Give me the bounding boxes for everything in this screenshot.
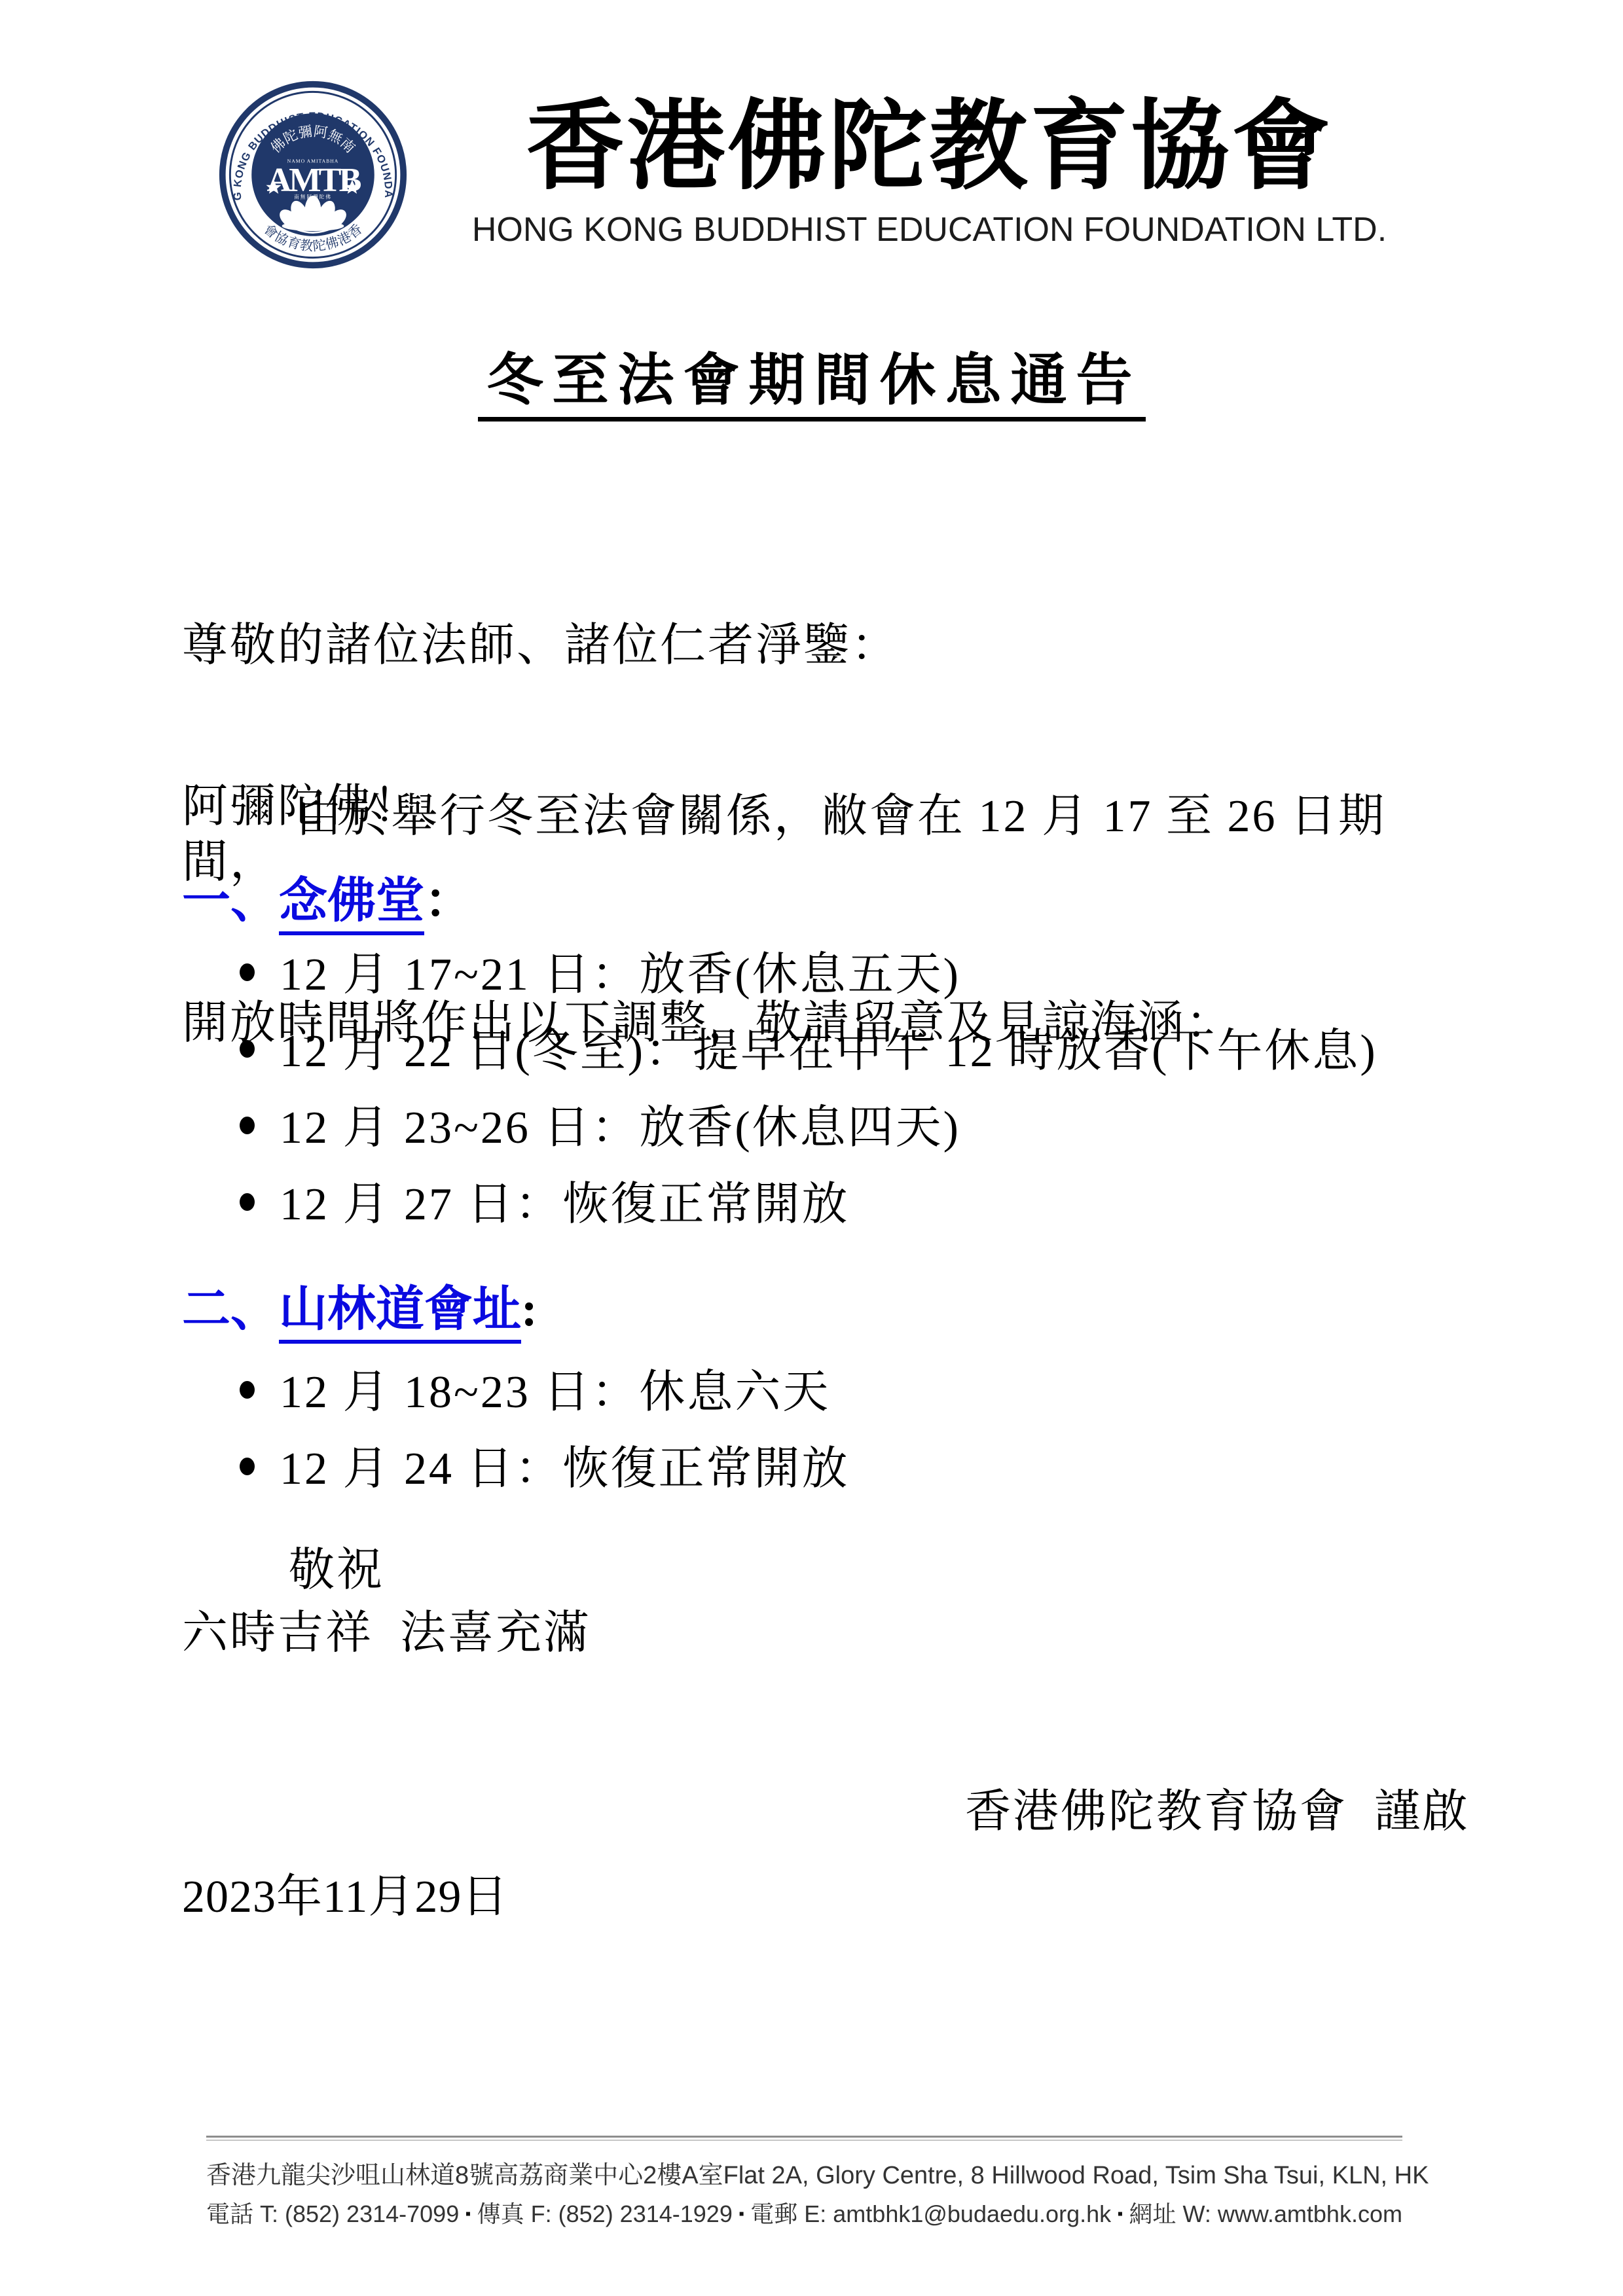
- square-separator-icon: ▪: [736, 2200, 747, 2228]
- footer-fax: 傳真 F: (852) 2314-1929: [477, 2200, 733, 2228]
- closing-blessing: 六時吉祥 法喜充滿: [182, 1611, 591, 1657]
- footer-address-line: 香港九龍尖沙咀山林道8號高荔商業中心2樓A室 Flat 2A, Glory Ce…: [206, 2161, 1402, 2190]
- section-heading-shanlindao: 二、山林道會址:: [182, 1283, 538, 1336]
- footer-phone: 電話 T: (852) 2314-7099: [206, 2200, 459, 2228]
- footer-website: 網址 W: www.amtbhk.com: [1129, 2200, 1402, 2228]
- notice-title-text: 冬至法會期間休息通告: [478, 352, 1146, 422]
- list-item: 12 月 18~23 日：休息六天: [240, 1370, 1492, 1416]
- bullet-icon: [240, 1040, 255, 1058]
- bullet-icon: [240, 1381, 255, 1399]
- section-heading-nianfotang: 一、念佛堂：: [182, 875, 473, 927]
- square-separator-icon: ▪: [463, 2200, 474, 2228]
- intro-line-1: 由於舉行冬至法會關係，敝會在 12 月 17 至 26 日期間，: [182, 794, 1456, 886]
- org-name-english: HONG KONG BUDDHIST EDUCATION FOUNDATION …: [419, 211, 1440, 248]
- bullet-icon: [240, 1117, 255, 1134]
- org-logo: HONG KONG BUDDHIST EDUCATION FOUNDATION …: [218, 80, 408, 270]
- bullet-icon: [240, 1458, 255, 1475]
- closing-salute: 敬祝: [289, 1548, 384, 1594]
- section-name: 念佛堂: [279, 874, 424, 935]
- nianfotang-schedule-list: 12 月 17~21 日：放香(休息五天) 12 月 22 日(冬至)：提早在中…: [240, 952, 1492, 1259]
- letterhead-names: 香港佛陀教育協會 HONG KONG BUDDHIST EDUCATION FO…: [419, 90, 1440, 248]
- section-name: 山林道會址: [279, 1283, 521, 1344]
- list-item: 12 月 23~26 日：放香(休息四天): [240, 1105, 1492, 1151]
- list-item: 12 月 24 日：恢復正常開放: [240, 1446, 1492, 1492]
- greeting-line: 尊敬的諸位法師、諸位仁者淨鑒：: [182, 623, 899, 669]
- footer-address-en: Flat 2A, Glory Centre, 8 Hillwood Road, …: [723, 2161, 1429, 2190]
- section-number: 二、: [182, 1283, 279, 1336]
- notice-title: 冬至法會期間休息通告: [0, 352, 1623, 422]
- notice-date: 2023年11月29日: [182, 1874, 508, 1920]
- list-item: 12 月 27 日：恢復正常開放: [240, 1182, 1492, 1228]
- notice-document: HONG KONG BUDDHIST EDUCATION FOUNDATION …: [0, 0, 1623, 2296]
- footer-email: 電郵 E: amtbhk1@budaedu.org.hk: [750, 2200, 1111, 2228]
- bullet-icon: [240, 963, 255, 981]
- list-item: 12 月 22 日(冬至)：提早在中午 12 時放香(下午休息): [240, 1029, 1492, 1075]
- bullet-icon: [240, 1193, 255, 1211]
- section-colon: :: [521, 1283, 538, 1336]
- footer-contact-line: 電話 T: (852) 2314-7099 ▪ 傳真 F: (852) 2314…: [206, 2200, 1402, 2228]
- section-colon: ：: [424, 874, 473, 928]
- logo-monogram: AMTB: [266, 161, 361, 199]
- list-item: 12 月 17~21 日：放香(休息五天): [240, 952, 1492, 998]
- section-number: 一、: [182, 874, 279, 928]
- signature: 香港佛陀教育協會 謹啟: [965, 1789, 1470, 1835]
- org-name-chinese: 香港佛陀教育協會: [419, 90, 1440, 205]
- footer-address-zh: 香港九龍尖沙咀山林道8號高荔商業中心2樓A室: [206, 2161, 723, 2190]
- shanlindao-schedule-list: 12 月 18~23 日：休息六天 12 月 24 日：恢復正常開放: [240, 1370, 1492, 1523]
- footer-divider: [206, 2136, 1402, 2141]
- square-separator-icon: ▪: [1115, 2200, 1126, 2228]
